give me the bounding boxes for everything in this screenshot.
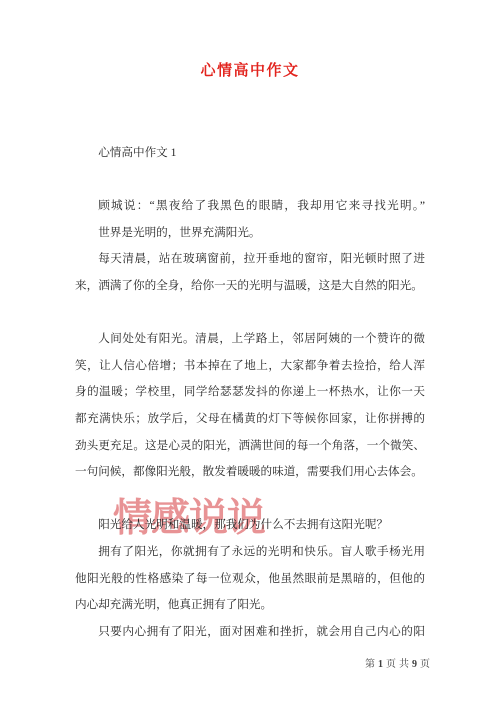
text-line: 阳光给人光明和温暖，那我们为什么不去拥有这阳光呢？ (75, 512, 425, 539)
page-title: 心情高中作文 (0, 59, 500, 80)
text-line: 拥有了阳光，你就拥有了永远的光明和快乐。盲人歌手杨光用 (75, 539, 425, 566)
text-line: 身的温暖；学校里，同学给瑟瑟发抖的你递上一杯热水，让你一天 (75, 379, 425, 406)
blank-line (75, 300, 425, 327)
text-line: 一句问候，都像阳光般，散发着暖暖的味道，需要我们用心去体会。 (75, 459, 425, 486)
footer-page-number: 1 (378, 659, 383, 670)
footer-page-number: 9 (412, 659, 417, 670)
text-line: 劲头更充足。这是心灵的阳光，洒满世间的每一个角落，一个微笑、 (75, 433, 425, 460)
footer-label: 第 (365, 659, 375, 670)
text-line: 人间处处有阳光。清晨，上学路上，邻居阿姨的一个赞许的微 (75, 326, 425, 353)
text-line: 心情高中作文 1 (75, 140, 425, 167)
footer-label: 共 (399, 659, 409, 670)
text-line: 世界是光明的，世界充满阳光。 (75, 220, 425, 247)
text-line: 来，洒满了你的全身，给你一天的光明与温暖，这是大自然的阳光。 (75, 273, 425, 300)
text-line: 笑，让人信心倍增；书本掉在了地上，大家都争着去捡拾，给人浑 (75, 353, 425, 380)
text-line: 每天清晨，站在玻璃窗前，拉开垂地的窗帘，阳光顿时照了进 (75, 246, 425, 273)
footer-label: 页 (386, 659, 396, 670)
text-line: 顾城说：“黑夜给了我黑色的眼睛，我却用它来寻找光明。” (75, 193, 425, 220)
blank-line (75, 167, 425, 194)
document-body: 心情高中作文 1顾城说：“黑夜给了我黑色的眼睛，我却用它来寻找光明。”世界是光明… (75, 140, 425, 645)
footer-label: 页 (420, 659, 430, 670)
page-footer: 第1页共9页 (365, 655, 430, 670)
blank-line (75, 486, 425, 513)
text-line: 都充满快乐；放学后，父母在橘黄的灯下等候你回家，让你拼搏的 (75, 406, 425, 433)
document-page: 心情高中作文 情感说说 心情高中作文 1顾城说：“黑夜给了我黑色的眼睛，我却用它… (0, 0, 500, 708)
text-line: 只要内心拥有了阳光，面对困难和挫折，就会用自己内心的阳 (75, 619, 425, 646)
text-line: 内心却充满光明，他真正拥有了阳光。 (75, 592, 425, 619)
text-line: 他阳光般的性格感染了每一位观众，他虽然眼前是黑暗的，但他的 (75, 566, 425, 593)
